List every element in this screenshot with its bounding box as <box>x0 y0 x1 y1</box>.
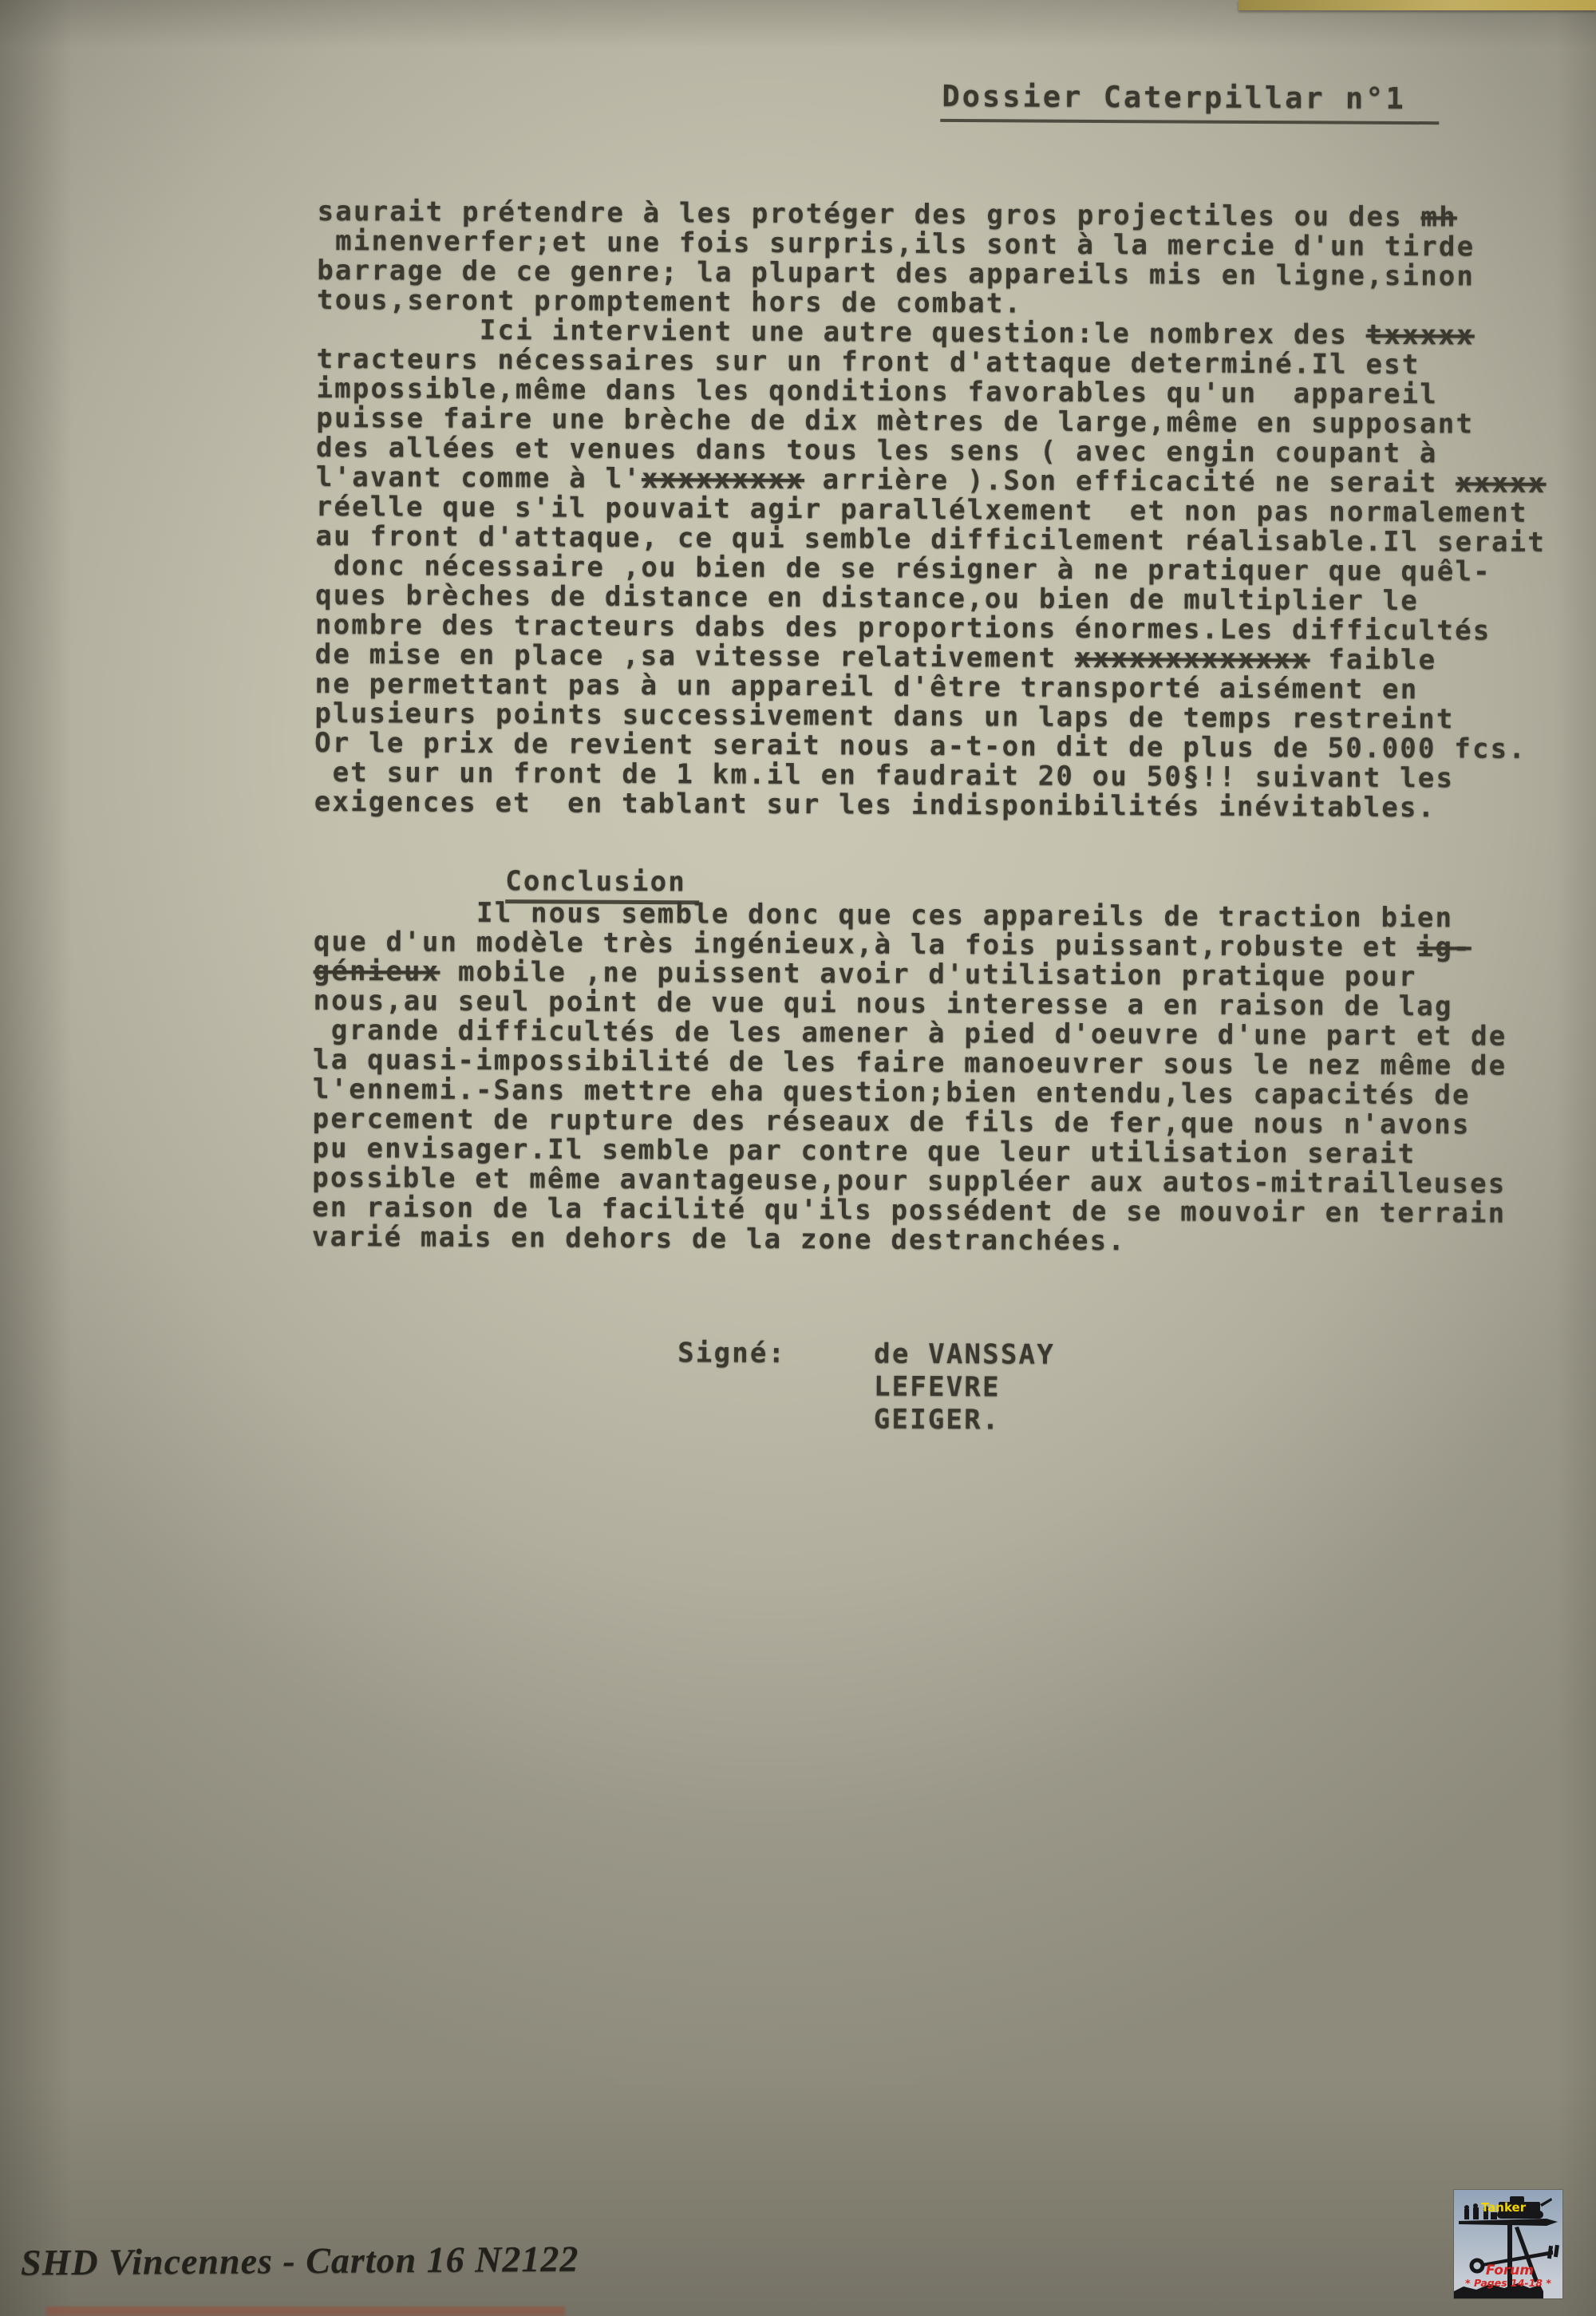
logo-forum-text: Forum <box>1486 2263 1534 2278</box>
text-line: exigences et en tablant sur les indispon… <box>314 788 1547 824</box>
logo-title-text: Tanker <box>1481 2200 1527 2215</box>
document-title: Dossier Caterpillar n°1 <box>940 79 1440 124</box>
weathervane-icon: Tanker Forum * Pages 14-18 * <box>1454 2190 1562 2298</box>
archive-caption: SHD Vincennes - Carton 16 N2122 <box>21 2238 579 2284</box>
struck-out-text: mh <box>1420 201 1457 233</box>
left-edge-shadow <box>0 0 72 2316</box>
signature-label: Signé: <box>678 1337 786 1369</box>
struck-out-text: génieux <box>314 955 440 988</box>
bottom-red-edge <box>46 2306 565 2316</box>
signature-block: Signé: de VANSSAYLEFEVREGEIGER. <box>678 1337 1055 1437</box>
struck-out-text: xxxxxxxxx <box>642 463 804 496</box>
signature-name: GEIGER. <box>874 1404 1055 1437</box>
typewritten-page: Dossier Caterpillar n°1 saurait prétendr… <box>0 0 1596 2316</box>
struck-out-text: xxxxxxxxxxxxx <box>1075 642 1310 676</box>
struck-out-text: ig- <box>1417 931 1472 963</box>
signature-name: LEFEVRE <box>874 1371 1055 1405</box>
forum-watermark-logo: Tanker Forum * Pages 14-18 * <box>1454 2190 1562 2298</box>
document-photo: Dossier Caterpillar n°1 saurait prétendr… <box>0 0 1596 2316</box>
struck-out-text: txxxxx <box>1366 319 1475 352</box>
logo-pages-text: * Pages 14-18 * <box>1465 2277 1551 2289</box>
right-edge-shadow <box>1556 0 1596 2316</box>
body-text: saurait prétendre à les protéger des gro… <box>314 197 1551 824</box>
backing-surface-strip <box>1238 0 1596 10</box>
signature-name: de VANSSAY <box>874 1338 1055 1372</box>
struck-out-text: xxxxx <box>1456 467 1547 500</box>
signature-names: de VANSSAYLEFEVREGEIGER. <box>874 1338 1055 1437</box>
conclusion-text: Il nous semble donc que ces appareils de… <box>312 898 1555 1259</box>
